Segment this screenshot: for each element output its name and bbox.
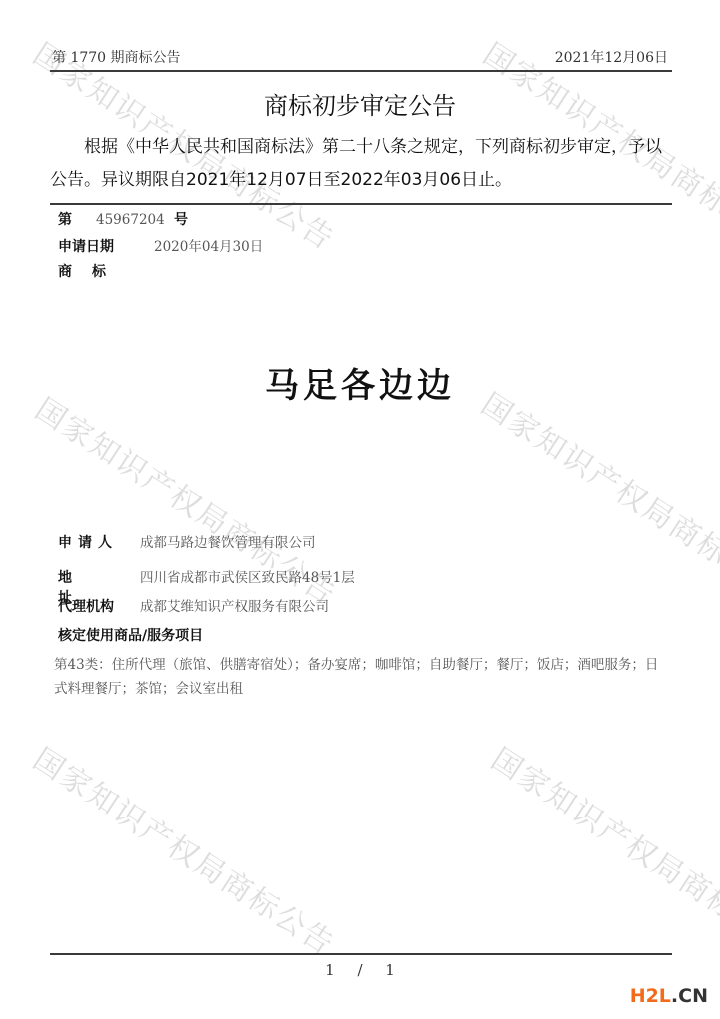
intro-paragraph: 根据《中华人民共和国商标法》第二十八条之规定，下列商标初步审定，予以公告。异议期…: [50, 131, 674, 197]
issue-date: 2021年12月06日: [555, 47, 668, 67]
applicant-row: 申请人 成都马路边餐饮管理有限公司: [58, 531, 316, 552]
watermark-text: 国家知识产权局商标公告: [474, 380, 720, 609]
registration-number: 45967204: [96, 212, 174, 228]
goods-services-heading: 核定使用商品/服务项目: [58, 625, 203, 645]
footer-divider: [50, 953, 672, 955]
trademark-image-text: 马足各边边: [0, 358, 720, 407]
agent-name: 成都艾维知识产权服务有限公司: [140, 595, 329, 615]
watermark-text: 国家知识产权局商标公告: [484, 735, 720, 964]
issue-number: 第 1770 期商标公告: [52, 47, 181, 67]
agent-row: 代理机构 成都艾维知识产权服务有限公司: [58, 595, 329, 616]
registration-number-prefix: 第: [58, 209, 96, 229]
trademark-row: 商标: [58, 261, 126, 281]
registration-number-suffix: 号: [174, 209, 188, 229]
applicant-label: 申请人: [58, 532, 140, 552]
header-divider: [50, 70, 672, 72]
logo-tld: .CN: [671, 985, 708, 1007]
page-title: 商标初步审定公告: [0, 86, 720, 121]
page-indicator: 1 / 1: [0, 961, 720, 979]
agent-label: 代理机构: [58, 596, 140, 616]
trademark-label: 商标: [58, 261, 126, 281]
site-logo: H2L.CN: [630, 985, 708, 1007]
announcement-page: 国家知识产权局商标公告 国家知识产权局商标公告 国家知识产权局商标公告 国家知识…: [0, 0, 720, 1019]
registration-number-row: 第 45967204 号: [58, 209, 188, 229]
application-date: 2020年04月30日: [154, 235, 263, 255]
application-date-row: 申请日期 2020年04月30日: [58, 235, 263, 256]
application-date-label: 申请日期: [58, 236, 154, 256]
watermark-text: 国家知识产权局商标公告: [26, 735, 345, 964]
applicant-name: 成都马路边餐饮管理有限公司: [140, 531, 316, 551]
goods-services-list: 第43类：住所代理（旅馆、供膳寄宿处）；备办宴席；咖啡馆；自助餐厅；餐厅；饭店；…: [54, 653, 670, 701]
address-value: 四川省成都市武侯区致民路48号1层: [140, 566, 355, 586]
section-divider: [50, 203, 672, 205]
logo-brand: H2L: [630, 985, 671, 1007]
